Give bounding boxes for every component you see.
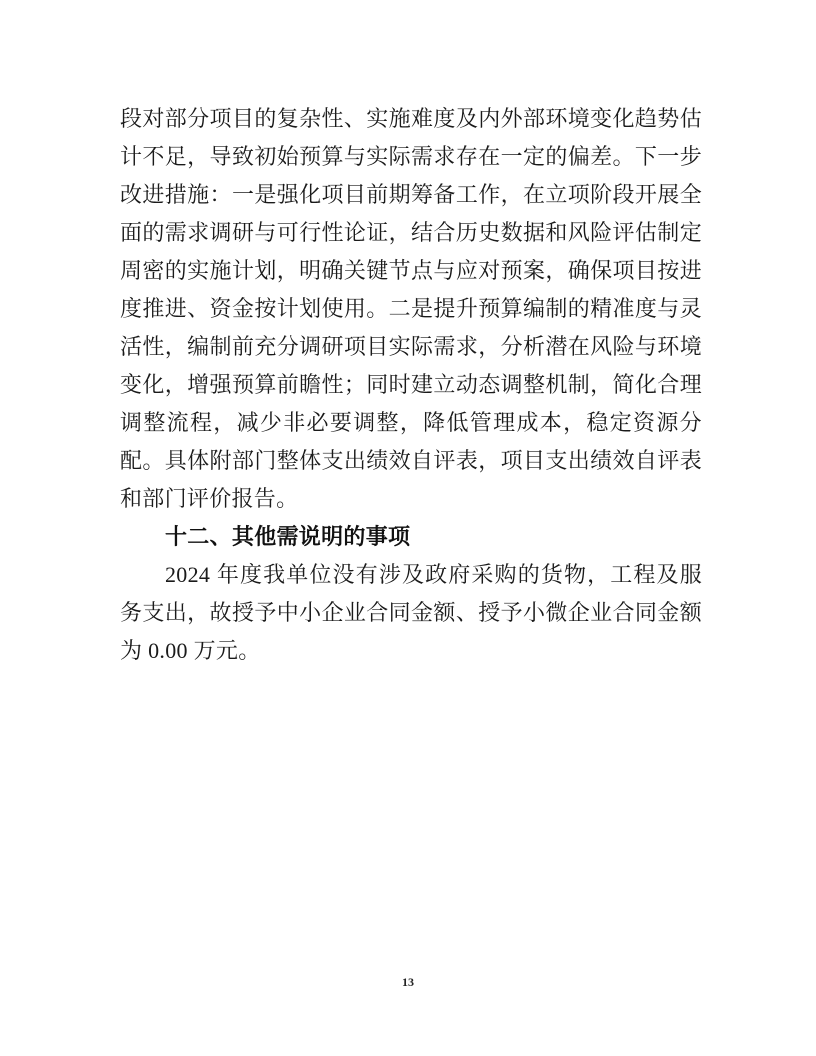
text-block: 段对部分项目的复杂性、实施难度及内外部环境变化趋势估计不足，导致初始预算与实际需… (120, 100, 702, 670)
page-number: 13 (0, 975, 816, 990)
section-heading: 十二、其他需说明的事项 (120, 518, 702, 556)
paragraph-closing: 2024 年度我单位没有涉及政府采购的货物，工程及服务支出，故授予中小企业合同金… (120, 556, 702, 670)
document-page: 段对部分项目的复杂性、实施难度及内外部环境变化趋势估计不足，导致初始预算与实际需… (0, 0, 816, 1056)
paragraph-continuation: 段对部分项目的复杂性、实施难度及内外部环境变化趋势估计不足，导致初始预算与实际需… (120, 100, 702, 518)
